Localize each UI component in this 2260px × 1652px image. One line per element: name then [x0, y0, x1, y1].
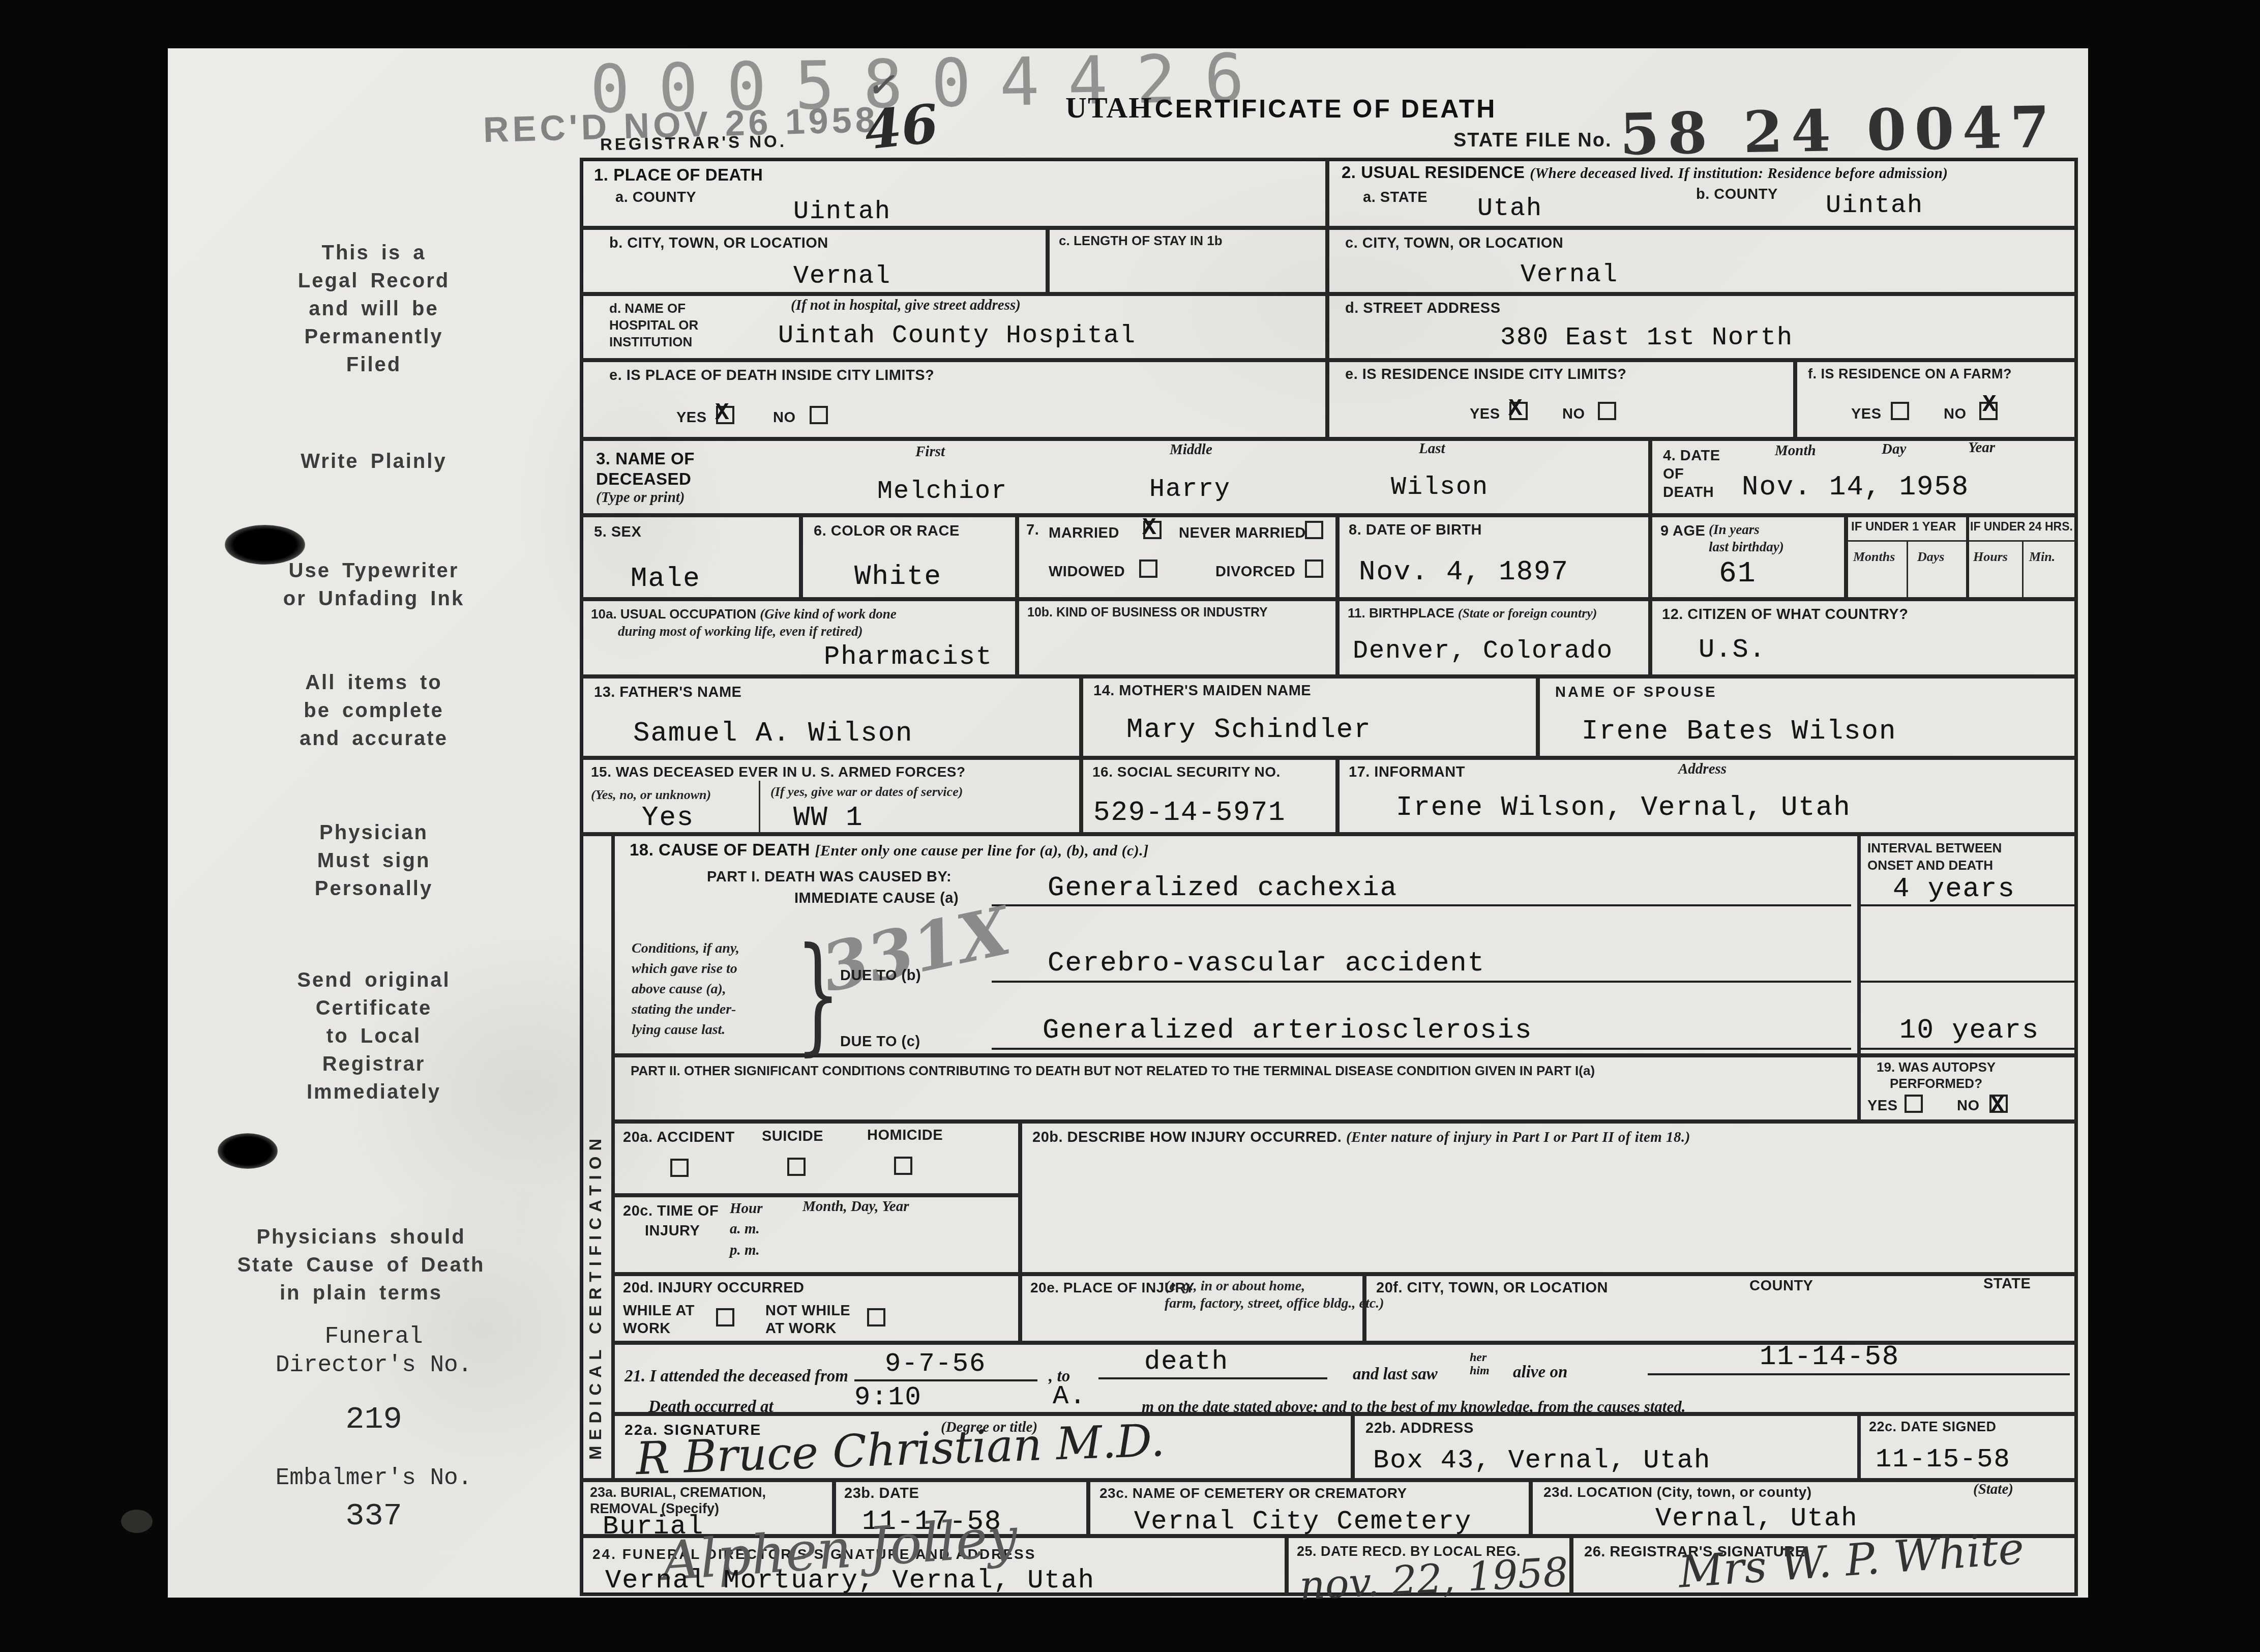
hours-label: Hours [1973, 549, 2008, 565]
fill-line [798, 1394, 1022, 1416]
x-mark: X [1142, 515, 1156, 541]
year-label: Year [1968, 439, 1995, 456]
dob-label: 8. DATE OF BIRTH [1349, 522, 1482, 539]
state-value: Utah [1477, 194, 1542, 223]
sex-value: Male [631, 564, 701, 595]
res-county-label: b. COUNTY [1696, 186, 1778, 203]
checkbox-res-city-limits-no [1598, 402, 1616, 420]
place-of-injury-note: (e. g., in or about home, farm, factory,… [1165, 1278, 1384, 1312]
county-value: Uintah [793, 197, 891, 226]
married-label: MARRIED [1049, 525, 1119, 542]
checkbox-widowed [1139, 559, 1157, 578]
hospital-value: Uintah County Hospital [778, 321, 1136, 350]
res-city-limits-label: e. IS RESIDENCE INSIDE CITY LIMITS? [1345, 366, 1627, 383]
citizen-value: U.S. [1699, 635, 1766, 665]
injury-city-label: 20f. CITY, TOWN, OR LOCATION [1376, 1280, 1608, 1296]
checkbox-death-city-limits-yes: X [716, 406, 734, 424]
field-name-of-deceased [580, 439, 1650, 515]
describe-injury-label: 20b. DESCRIBE HOW INJURY OCCURRED. (Ente… [1032, 1129, 1690, 1146]
him-label: him [1470, 1364, 1490, 1377]
checkbox-res-farm-no: X [1979, 402, 1998, 420]
birthplace-note: (State or foreign country) [1458, 606, 1597, 621]
state-file-label: STATE FILE No. [1453, 130, 1612, 152]
fill-line [1860, 958, 2076, 983]
attended-text2: and last saw [1353, 1365, 1438, 1384]
month-day-year-label: Month, Day, Year [802, 1198, 909, 1215]
while-at-work-label: WHILE AT WORK [623, 1302, 695, 1338]
fill-line [1648, 1353, 2070, 1375]
registrar-no-value: 46 [861, 92, 941, 162]
cause-title-text: 18. CAUSE OF DEATH [630, 840, 810, 859]
margin-note: Write Plainly [181, 448, 567, 476]
spouse-name-label: NAME OF SPOUSE [1555, 684, 1717, 701]
under-1-year-label: IF UNDER 1 YEAR [1851, 520, 1956, 534]
first-name-label: First [915, 444, 945, 460]
injury-label: INJURY [645, 1223, 700, 1240]
checkbox-accident [670, 1159, 689, 1177]
burial-date-label: 23b. DATE [844, 1485, 919, 1502]
margin-note: All items to be complete and accurate [181, 669, 567, 753]
title-utah: UTAH [1065, 91, 1152, 124]
brace-glyph: } [796, 920, 840, 1068]
attended-text1: 21. I attended the deceased from [625, 1367, 848, 1386]
month-label: Month [1775, 442, 1816, 459]
armed-forces-value: Yes [642, 803, 694, 834]
part1-label: PART I. DEATH WAS CAUSED BY: [707, 869, 951, 886]
under-24-hrs-label: IF UNDER 24 HRS. [1970, 520, 2073, 534]
fill-line [1860, 1025, 2076, 1050]
state-file-value: 58 24 0047 [1619, 94, 2059, 168]
margin-note: Physicians should State Cause of Death i… [168, 1223, 554, 1307]
fill-line [854, 1359, 1037, 1381]
hospital-label: d. NAME OF HOSPITAL OR INSTITUTION [609, 300, 698, 350]
age-note: (In years last birthday) [1709, 521, 1784, 555]
place-of-death-title: 1. PLACE OF DEATH [594, 165, 763, 185]
x-mark: X [1508, 396, 1523, 422]
checkbox-while-at-work [716, 1308, 734, 1326]
margin-note: Send original Certificate to Local Regis… [181, 966, 567, 1106]
immediate-cause-label: IMMEDIATE CAUSE (a) [794, 890, 959, 907]
divider [2022, 540, 2024, 599]
county-label: a. COUNTY [615, 189, 696, 206]
injury-occurred-label: 20d. INJURY OCCURRED [623, 1280, 804, 1296]
margin-note: Physician Must sign Personally [181, 819, 567, 903]
city-label: b. CITY, TOWN, OR LOCATION [609, 235, 828, 252]
informant-value: Irene Wilson, Vernal, Utah [1396, 792, 1851, 823]
checkbox-married: X [1143, 521, 1162, 539]
dob-value: Nov. 4, 1897 [1359, 557, 1569, 588]
checkbox-autopsy-no: X [1989, 1095, 2008, 1113]
father-name-label: 13. FATHER'S NAME [594, 684, 741, 701]
her-label: her [1470, 1351, 1486, 1364]
fill-line [992, 958, 1851, 983]
checkbox-death-city-limits-no [810, 406, 828, 424]
yes-label: YES [1867, 1098, 1898, 1114]
autopsy-label: 19. WAS AUTOPSY PERFORMED? [1877, 1059, 1996, 1091]
fill-line [1860, 882, 2076, 906]
embalmer-no-label: Embalmer's No. [181, 1464, 567, 1492]
ssn-label: 16. SOCIAL SECURITY NO. [1092, 764, 1281, 780]
date-of-death-label: 4. DATE OF DEATH [1663, 447, 1720, 501]
attended-text3: alive on [1513, 1363, 1567, 1382]
funeral-director-no-label: Funeral Director's No. [181, 1322, 567, 1379]
checkbox-suicide [787, 1158, 806, 1176]
occupation-note1: (Give kind of work done [760, 606, 896, 622]
age-value: 61 [1719, 557, 1757, 591]
cemetery-label: 23c. NAME OF CEMETERY OR CREMATORY [1099, 1485, 1407, 1501]
sex-label: 5. SEX [594, 524, 641, 541]
min-label: Min. [2029, 549, 2055, 565]
res-county-value: Uintah [1826, 191, 1923, 220]
occupation-label-text: 10a. USUAL OCCUPATION [591, 606, 756, 622]
first-name-value: Melchior [877, 477, 1007, 506]
not-while-at-work-label: NOT WHILE AT WORK [765, 1302, 850, 1338]
due-to-b-label: DUE TO (b) [840, 967, 921, 984]
hour-label: Hour [730, 1200, 762, 1217]
am-label: a. m. [730, 1221, 760, 1237]
name-of-deceased-title: 3. NAME OF DECEASED [596, 449, 695, 489]
mother-name-value: Mary Schindler [1126, 715, 1372, 746]
part2-label: PART II. OTHER SIGNIFICANT CONDITIONS CO… [631, 1063, 1595, 1079]
marital-number: 7. [1026, 522, 1039, 539]
date-signed-label: 22c. DATE SIGNED [1869, 1419, 1997, 1435]
checkbox-divorced [1305, 559, 1323, 578]
divider [759, 781, 760, 834]
date-signed-value: 11-15-58 [1876, 1444, 2011, 1474]
informant-label: 17. INFORMANT [1349, 764, 1465, 781]
cause-of-death-title: 18. CAUSE OF DEATH [Enter only one cause… [630, 840, 1149, 860]
fill-line [1098, 1357, 1327, 1379]
punch-hole [218, 1133, 278, 1169]
embalmer-no-value: 337 [181, 1498, 567, 1534]
hospital-note: (If not in hospital, give street address… [791, 297, 1021, 314]
time-of-injury-label: 20c. TIME OF [623, 1203, 719, 1220]
city-value: Vernal [793, 262, 891, 291]
cemetery-location-label: 23d. LOCATION (City, town, or county) [1543, 1484, 1812, 1500]
funeral-director-no-value: 219 [181, 1401, 567, 1437]
months-label: Months [1853, 549, 1895, 565]
spouse-name-value: Irene Bates Wilson [1582, 716, 1896, 747]
father-name-value: Samuel A. Wilson [633, 718, 913, 749]
registrar-no-label: REGISTRAR'S NO. [600, 132, 787, 154]
interval-label: INTERVAL BETWEEN ONSET AND DEATH [1867, 839, 2002, 874]
checkbox-res-city-limits-yes: X [1509, 402, 1528, 420]
race-value: White [854, 562, 942, 593]
checkbox-res-farm-yes [1891, 402, 1909, 420]
middle-name-value: Harry [1149, 475, 1231, 504]
injury-state-label: STATE [1983, 1276, 2031, 1292]
yes-label: YES [1470, 406, 1500, 423]
race-label: 6. COLOR OR RACE [814, 523, 960, 540]
checkbox-autopsy-yes [1905, 1095, 1923, 1113]
margin-note: This is a Legal Record and will be Perma… [181, 239, 567, 379]
describe-injury-note: (Enter nature of injury in Part I or Par… [1346, 1129, 1690, 1145]
no-label: NO [1957, 1098, 1980, 1114]
last-name-label: Last [1419, 440, 1445, 457]
occupation-label: 10a. USUAL OCCUPATION (Give kind of work… [591, 606, 897, 622]
armed-forces-note1: (Yes, no, or unknown) [591, 787, 711, 803]
medical-certification-label: MEDICAL CERTIFICATION [586, 860, 605, 1460]
fill-line [992, 1025, 1851, 1050]
yes-label: YES [676, 409, 707, 426]
fill-line [1037, 1394, 1129, 1416]
address-label: Address [1678, 761, 1727, 778]
age-label: 9 AGE [1660, 523, 1705, 540]
mother-name-label: 14. MOTHER'S MAIDEN NAME [1093, 683, 1311, 699]
birthplace-label: 11. BIRTHPLACE (State or foreign country… [1348, 605, 1597, 621]
due-to-c-label: DUE TO (c) [840, 1034, 920, 1050]
her-him-stack: herhim [1470, 1351, 1490, 1377]
birthplace-label-text: 11. BIRTHPLACE [1348, 605, 1454, 621]
x-mark: X [1982, 392, 1997, 418]
divorced-label: DIVORCED [1215, 564, 1295, 580]
res-farm-label: f. IS RESIDENCE ON A FARM? [1808, 366, 2012, 382]
day-label: Day [1882, 441, 1906, 458]
describe-injury-text: 20b. DESCRIBE HOW INJURY OCCURRED. [1032, 1129, 1342, 1145]
res-city-value: Vernal [1521, 260, 1618, 289]
business-label: 10b. KIND OF BUSINESS OR INDUSTRY [1027, 605, 1268, 620]
divider [1907, 540, 1908, 599]
cemetery-location-value: Vernal, Utah [1655, 1503, 1858, 1533]
death-city-limits-label: e. IS PLACE OF DEATH INSIDE CITY LIMITS? [609, 367, 934, 384]
widowed-label: WIDOWED [1049, 564, 1125, 580]
armed-forces-war-value: WW 1 [793, 803, 864, 834]
physician-address-value: Box 43, Vernal, Utah [1373, 1445, 1711, 1476]
yes-label: YES [1851, 406, 1882, 423]
no-label: NO [773, 409, 796, 426]
divider [1846, 540, 1968, 542]
birthplace-value: Denver, Colorado [1353, 637, 1613, 666]
cause-bracket-note: [Enter only one cause per line for (a), … [815, 842, 1149, 859]
checkbox-not-while-at-work [867, 1308, 885, 1326]
checkbox-never-married [1305, 521, 1323, 539]
type-or-print-note: (Type or print) [596, 489, 685, 506]
stain [121, 1510, 153, 1533]
attended-text5: m on the date stated above; and to the b… [1142, 1398, 1685, 1416]
res-city-label: c. CITY, TOWN, OR LOCATION [1345, 235, 1563, 252]
injury-county-label: COUNTY [1749, 1278, 1813, 1294]
fill-line [992, 882, 1851, 906]
street-address-value: 380 East 1st North [1500, 323, 1793, 352]
checkbox-homicide [894, 1157, 912, 1175]
middle-name-label: Middle [1170, 441, 1212, 458]
occupation-value: Pharmacist [824, 642, 993, 672]
state-label: a. STATE [1363, 189, 1428, 206]
physician-address-label: 22b. ADDRESS [1365, 1420, 1474, 1437]
length-of-stay-label: c. LENGTH OF STAY IN 1b [1059, 233, 1223, 249]
death-certificate-scan: 0005804426 REC'D NOV 26 1958 ✓ REGISTRAR… [0, 0, 2260, 1652]
no-label: NO [1562, 406, 1585, 423]
citizen-label: 12. CITIZEN OF WHAT COUNTRY? [1662, 606, 1908, 623]
x-mark: X [715, 400, 729, 426]
armed-forces-note2: (If yes, give war or dates of service) [770, 784, 963, 800]
never-married-label: NEVER MARRIED [1179, 525, 1306, 542]
usual-residence-title-text: 2. USUAL RESIDENCE [1342, 163, 1525, 182]
x-mark: X [1990, 1093, 2005, 1119]
occupation-note2: during most of working life, even if ret… [618, 624, 863, 639]
ssn-value: 529-14-5971 [1093, 798, 1286, 829]
no-label: NO [1944, 406, 1967, 423]
funeral-director-value: Vernal Mortuary, Vernal, Utah [605, 1566, 1095, 1596]
street-address-label: d. STREET ADDRESS [1345, 300, 1501, 317]
date-of-death-value: Nov. 14, 1958 [1742, 472, 1969, 503]
margin-note: Use Typewriter or Unfading Ink [181, 557, 567, 613]
conditions-note: Conditions, if any, which gave rise to a… [632, 938, 739, 1040]
state-note: (State) [1973, 1481, 2013, 1498]
accident-label: 20a. ACCIDENT [623, 1129, 735, 1146]
pm-label: p. m. [730, 1242, 760, 1259]
title-rest: CERTIFICATE OF DEATH [1155, 95, 1497, 123]
armed-forces-label: 15. WAS DECEASED EVER IN U. S. ARMED FOR… [591, 764, 966, 780]
homicide-label: HOMICIDE [867, 1127, 943, 1144]
suicide-label: SUICIDE [762, 1128, 823, 1145]
cemetery-value: Vernal City Cemetery [1134, 1507, 1472, 1537]
last-name-value: Wilson [1391, 473, 1489, 502]
usual-residence-note: (Where deceased lived. If institution: R… [1530, 165, 1948, 182]
days-label: Days [1917, 549, 1944, 565]
document-title: UTAH CERTIFICATE OF DEATH [1065, 91, 1497, 125]
divider [1967, 540, 2078, 542]
usual-residence-title: 2. USUAL RESIDENCE (Where deceased lived… [1342, 163, 1948, 182]
